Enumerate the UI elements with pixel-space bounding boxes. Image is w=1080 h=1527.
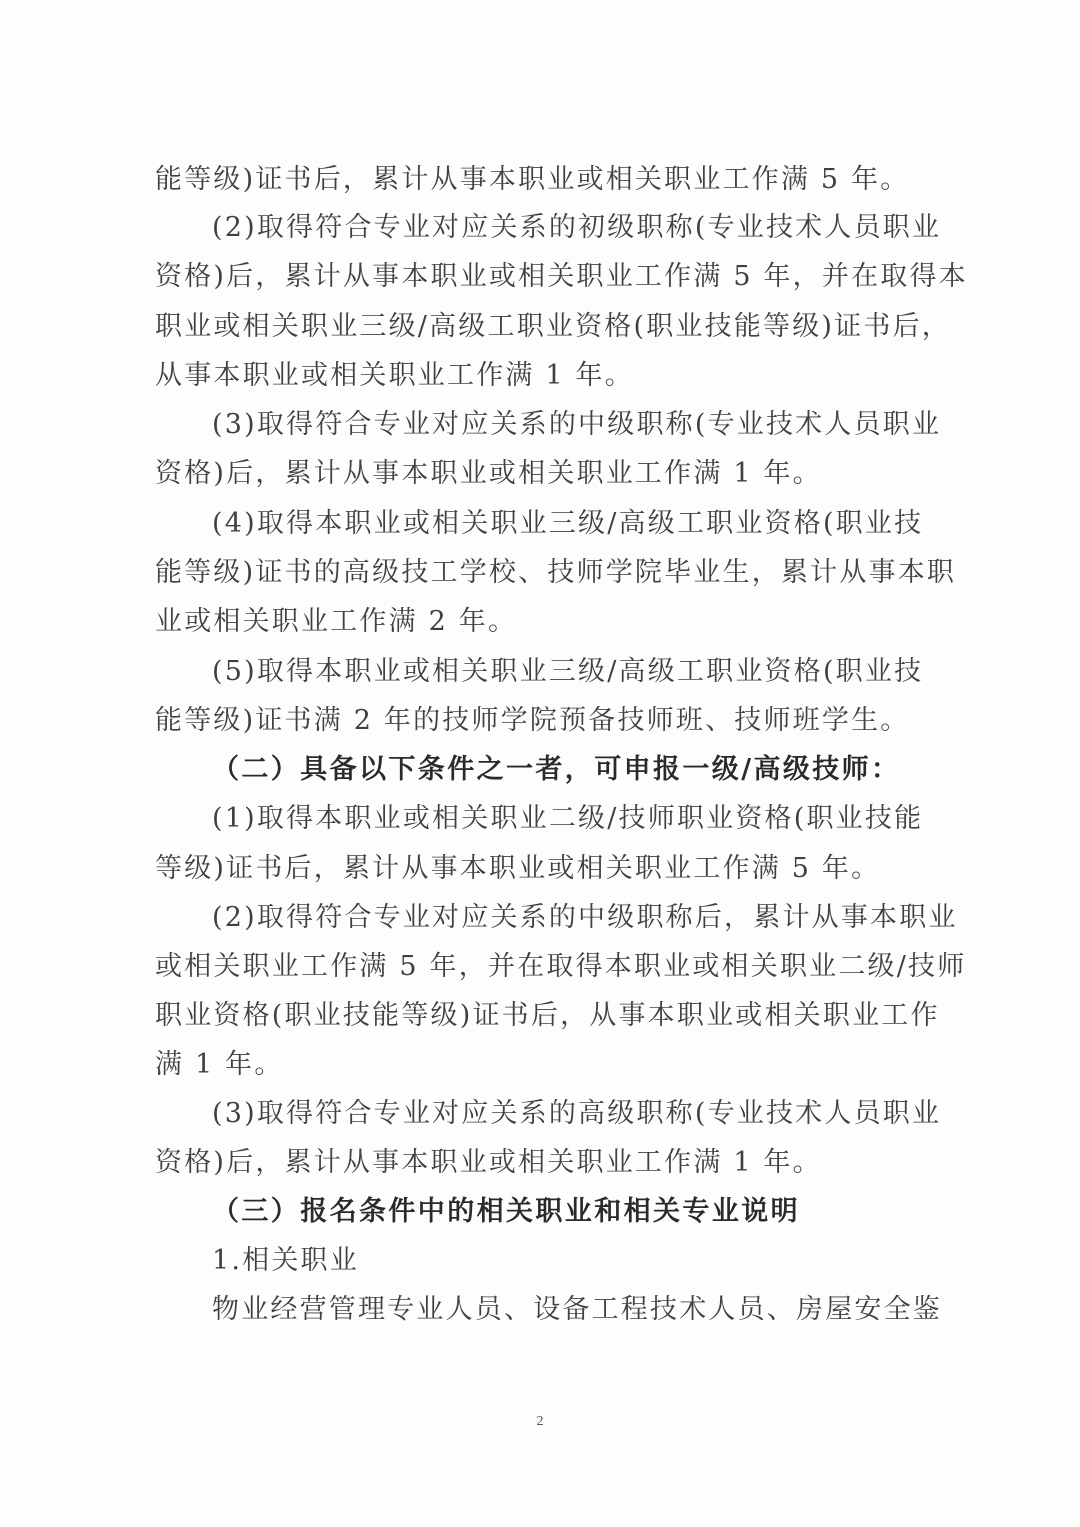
text-line: (5)取得本职业或相关职业三级/高级工职业资格(职业技 <box>212 652 923 692</box>
text-line: 从事本职业或相关职业工作满 1 年。 <box>155 356 634 396</box>
page-number: 2 <box>0 1414 1080 1430</box>
text-line: 满 1 年。 <box>155 1045 284 1085</box>
text-line: 或相关职业工作满 5 年，并在取得本职业或相关职业二级/技师 <box>155 947 966 987</box>
text-line: 职业或相关职业三级/高级工职业资格(职业技能等级)证书后， <box>155 307 951 347</box>
section-heading: （三）报名条件中的相关职业和相关专业说明 <box>212 1192 800 1232</box>
text-line: 等级)证书后，累计从事本职业或相关职业工作满 5 年。 <box>155 849 880 889</box>
text-line: (3)取得符合专业对应关系的中级职称(专业技术人员职业 <box>212 405 941 445</box>
text-line: 能等级)证书满 2 年的技师学院预备技师班、技师班学生。 <box>155 701 909 741</box>
text-line: 资格)后，累计从事本职业或相关职业工作满 1 年。 <box>155 1143 822 1183</box>
text-line: 职业资格(职业技能等级)证书后，从事本职业或相关职业工作 <box>155 996 940 1036</box>
section-heading: （二）具备以下条件之一者，可申报一级/高级技师： <box>212 750 900 790</box>
text-line: (1)取得本职业或相关职业二级/技师职业资格(职业技能 <box>212 799 923 839</box>
text-line: 能等级)证书的高级技工学校、技师学院毕业生，累计从事本职 <box>155 553 956 593</box>
text-line: 能等级)证书后，累计从事本职业或相关职业工作满 5 年。 <box>155 160 909 200</box>
document-page: 能等级)证书后，累计从事本职业或相关职业工作满 5 年。(2)取得符合专业对应关… <box>0 0 1080 1527</box>
text-line: 物业经营管理专业人员、设备工程技术人员、房屋安全鉴 <box>212 1290 942 1330</box>
text-line: 资格)后，累计从事本职业或相关职业工作满 5 年，并在取得本 <box>155 257 968 297</box>
text-line: (2)取得符合专业对应关系的初级职称(专业技术人员职业 <box>212 208 941 248</box>
text-line: (2)取得符合专业对应关系的中级职称后，累计从事本职业 <box>212 898 958 938</box>
text-line: (4)取得本职业或相关职业三级/高级工职业资格(职业技 <box>212 504 923 544</box>
text-line: 1.相关职业 <box>212 1241 359 1281</box>
text-line: 资格)后，累计从事本职业或相关职业工作满 1 年。 <box>155 454 822 494</box>
text-line: 业或相关职业工作满 2 年。 <box>155 602 517 642</box>
text-line: (3)取得符合专业对应关系的高级职称(专业技术人员职业 <box>212 1094 941 1134</box>
